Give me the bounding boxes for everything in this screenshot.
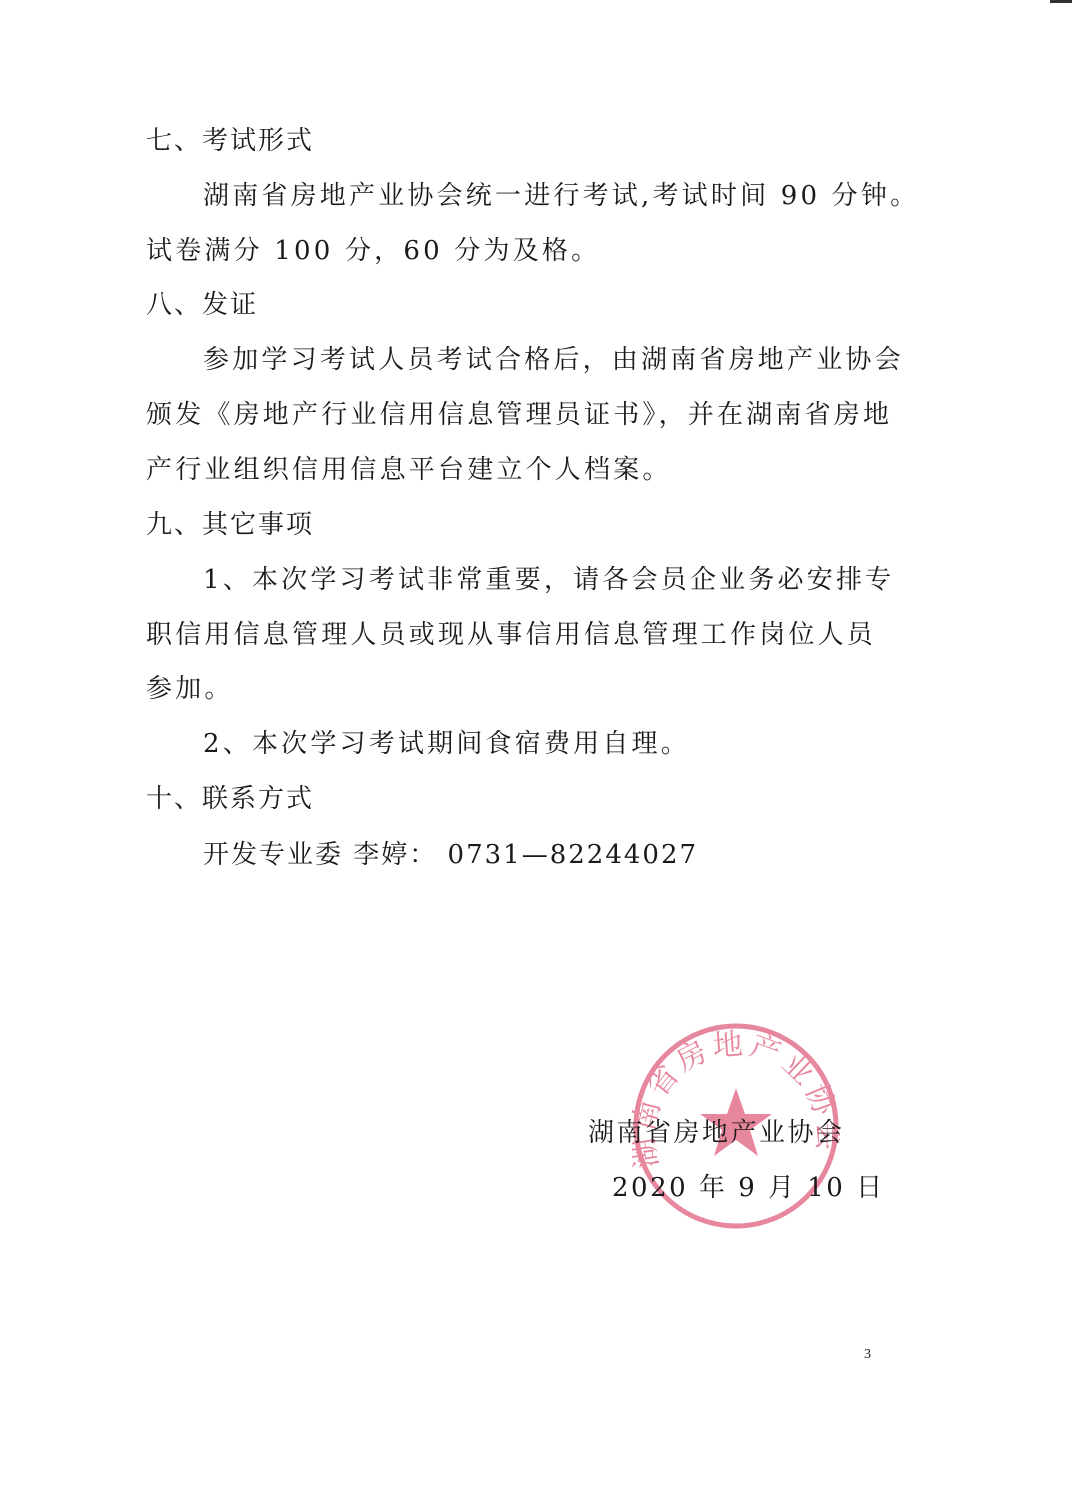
- paragraph-line: 产行业组织信用信息平台建立个人档案。: [146, 454, 672, 486]
- paragraph-line: 参加。: [146, 673, 234, 705]
- scan-corner-mark: [1050, 0, 1072, 3]
- paragraph-line: 试卷满分 100 分，60 分为及格。: [146, 235, 600, 267]
- signature-date: 2020 年 9 月 10 日: [612, 1172, 885, 1204]
- paragraph-line: 参加学习考试人员考试合格后，由湖南省房地产业协会: [203, 344, 904, 376]
- paragraph-line: 2、本次学习考试期间食宿费用自理。: [203, 728, 690, 760]
- section-heading-other-matters: 九、其它事项: [146, 509, 314, 541]
- section-heading-certificate: 八、发证: [146, 289, 258, 321]
- paragraph-line: 1、本次学习考试非常重要，请各会员企业务必安排专: [203, 564, 894, 596]
- paragraph-line: 职信用信息管理人员或现从事信用信息管理工作岗位人员: [146, 619, 876, 651]
- page-number: 3: [864, 1347, 871, 1363]
- section-heading-contact: 十、联系方式: [146, 783, 314, 815]
- paragraph-line: 湖南省房地产业协会统一进行考试,考试时间 90 分钟。: [203, 180, 919, 212]
- section-heading-exam-format: 七、考试形式: [146, 125, 314, 157]
- contact-line: 开发专业委 李婷： 0731—82244027: [203, 839, 698, 871]
- paragraph-line: 颁发《房地产行业信用信息管理员证书》，并在湖南省房地: [146, 399, 892, 431]
- signature-organization: 湖南省房地产业协会: [588, 1117, 845, 1149]
